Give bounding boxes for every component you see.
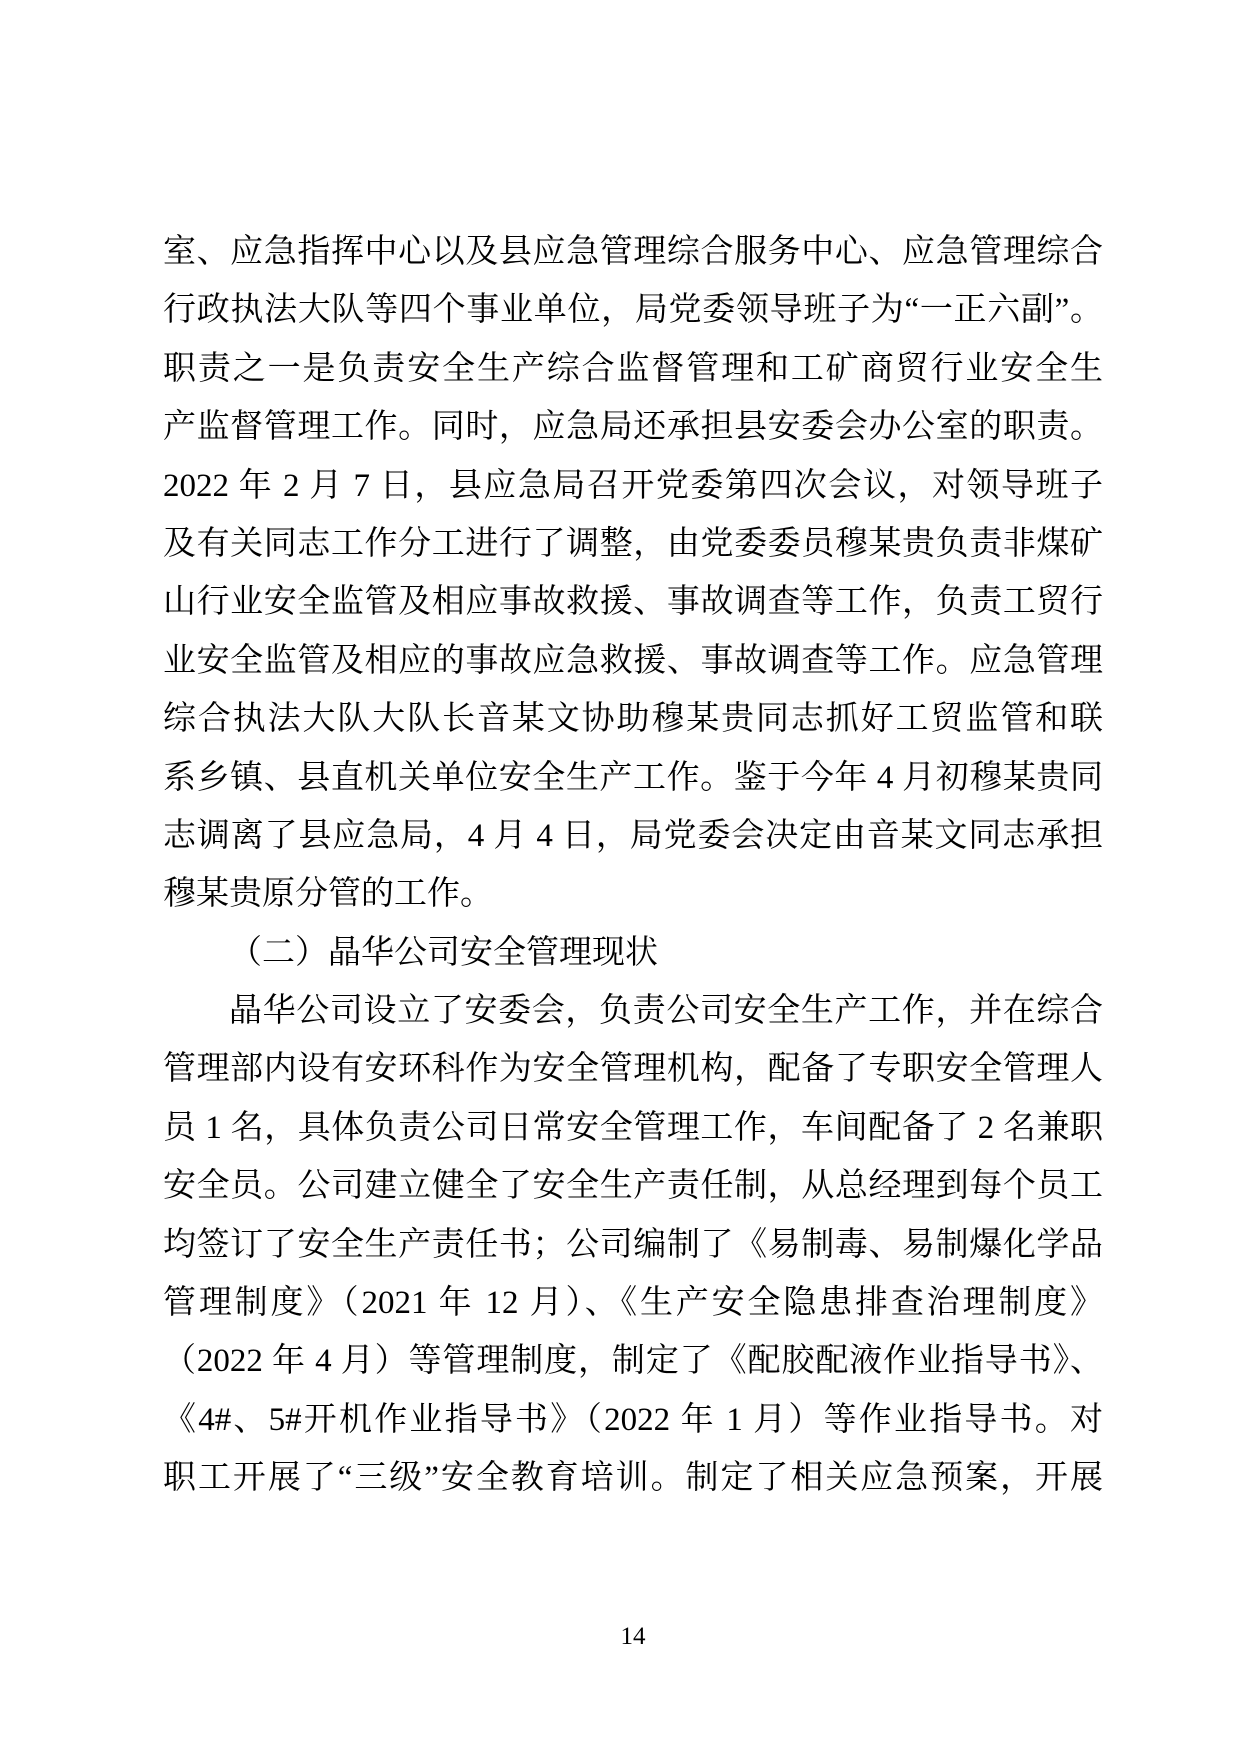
text-line: 职工开展了“三级”安全教育培训。制定了相关应急预案，开展 <box>163 1449 1103 1507</box>
text-line: 及有关同志工作分工进行了调整，由党委委员穆某贵负责非煤矿 <box>163 515 1103 573</box>
text-line: 室、应急指挥中心以及县应急管理综合服务中心、应急管理综合 <box>163 223 1103 281</box>
text-line: 《4#、5#开机作业指导书》（2022 年 1 月）等作业指导书。对 <box>163 1391 1103 1449</box>
page-number: 14 <box>163 1622 1103 1651</box>
text-line-paragraph-start: 晶华公司设立了安委会，负责公司安全生产工作，并在综合 <box>163 982 1103 1040</box>
text-line-paragraph-end: 穆某贵原分管的工作。 <box>163 865 1103 923</box>
text-line: 产监督管理工作。同时，应急局还承担县安委会办公室的职责。 <box>163 398 1103 456</box>
document-body-text: 室、应急指挥中心以及县应急管理综合服务中心、应急管理综合 行政执法大队等四个事业… <box>163 223 1103 1508</box>
text-line: 员 1 名，具体负责公司日常安全管理工作，车间配备了 2 名兼职 <box>163 1099 1103 1157</box>
text-line: 业安全监管及相应的事故应急救援、事故调查等工作。应急管理 <box>163 632 1103 690</box>
text-line: 管理部内设有安环科作为安全管理机构，配备了专职安全管理人 <box>163 1040 1103 1098</box>
text-line: 安全员。公司建立健全了安全生产责任制，从总经理到每个员工 <box>163 1157 1103 1215</box>
text-line: （2022 年 4 月）等管理制度，制定了《配胶配液作业指导书》、 <box>163 1332 1103 1390</box>
text-line: 志调离了县应急局，4 月 4 日，局党委会决定由音某文同志承担 <box>163 807 1103 865</box>
document-page: 室、应急指挥中心以及县应急管理综合服务中心、应急管理综合 行政执法大队等四个事业… <box>0 0 1241 1754</box>
text-line: 管理制度》（2021 年 12 月）、《生产安全隐患排查治理制度》 <box>163 1274 1103 1332</box>
text-line: 山行业安全监管及相应事故救援、事故调查等工作，负责工贸行 <box>163 573 1103 631</box>
text-line: 综合执法大队大队长音某文协助穆某贵同志抓好工贸监管和联 <box>163 690 1103 748</box>
text-line: 系乡镇、县直机关单位安全生产工作。鉴于今年 4 月初穆某贵同 <box>163 749 1103 807</box>
text-line: 职责之一是负责安全生产综合监督管理和工矿商贸行业安全生 <box>163 340 1103 398</box>
text-line: 均签订了安全生产责任书；公司编制了《易制毒、易制爆化学品 <box>163 1216 1103 1274</box>
text-line: 2022 年 2 月 7 日，县应急局召开党委第四次会议，对领导班子 <box>163 457 1103 515</box>
text-line: 行政执法大队等四个事业单位，局党委领导班子为“一正六副”。 <box>163 281 1103 339</box>
section-heading: （二）晶华公司安全管理现状 <box>163 924 1103 982</box>
